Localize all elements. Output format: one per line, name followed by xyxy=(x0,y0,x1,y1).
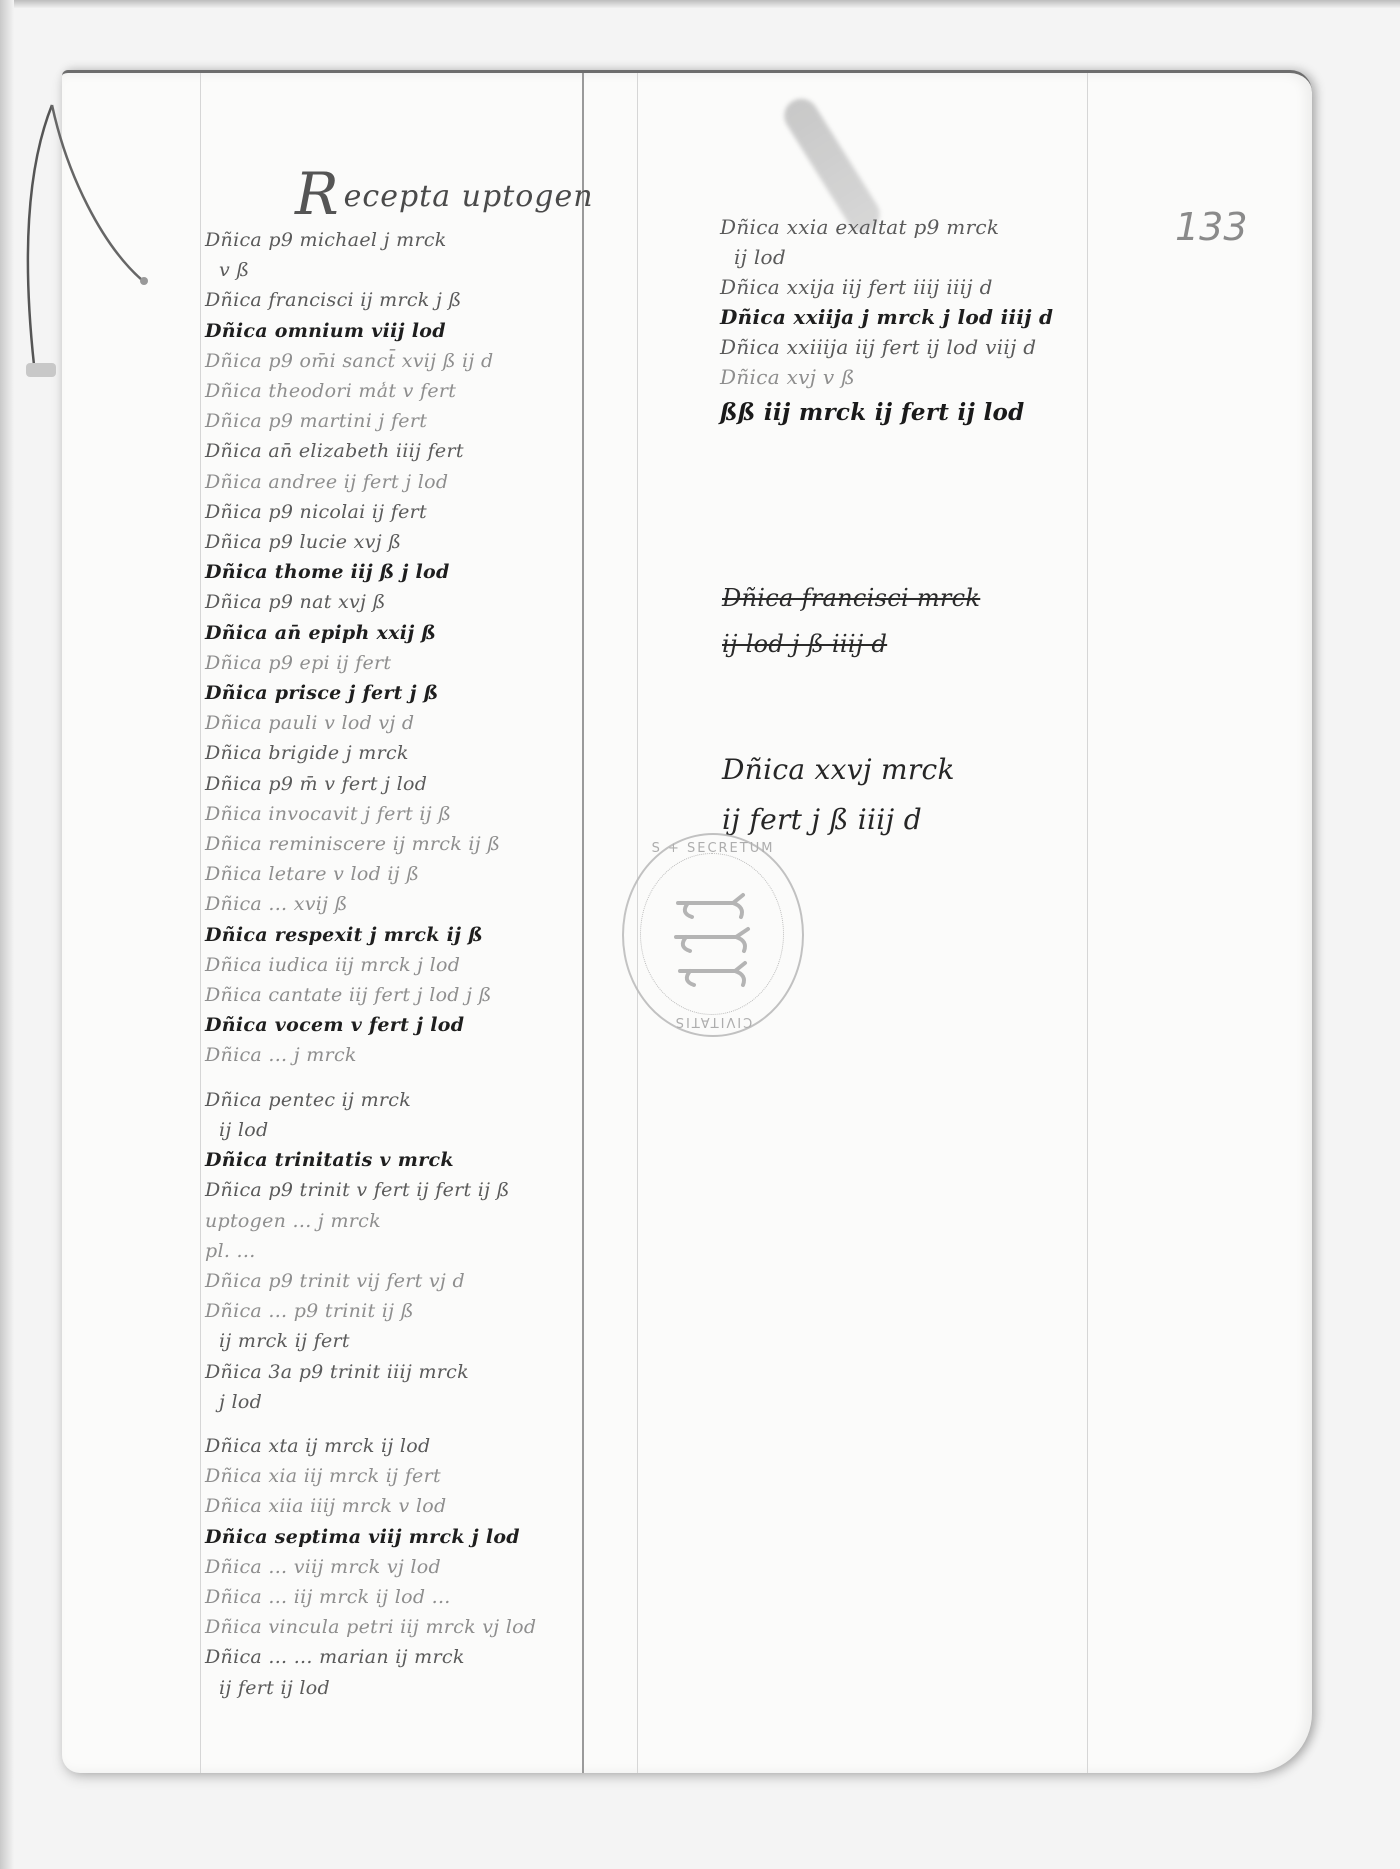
ledger-entry: Dñica xxia exaltat p9 mrck xyxy=(720,212,1190,242)
ledger-entry: Dñica trinitatis v mrck xyxy=(205,1145,675,1175)
ledger-entry: Dñica omnium viij lod xyxy=(205,316,675,346)
ledger-entry: Dñica p9 michael j mrck xyxy=(205,225,675,255)
ledger-entry: Dñica p9 epi ij fert xyxy=(205,648,675,678)
ledger-entry: Dñica p9 martini j fert xyxy=(205,406,675,436)
right-column-entries: Dñica xxia exaltat p9 mrckij lodDñica xx… xyxy=(720,212,1190,428)
ledger-entry: Dñica ... iij mrck ij lod ... xyxy=(205,1582,675,1612)
ledger-entry: Dñica iudica iij mrck j lod xyxy=(205,950,675,980)
ruling-line xyxy=(200,73,201,1773)
ledger-entry: Dñica ... viij mrck vj lod xyxy=(205,1552,675,1582)
left-column-entries: Dñica p9 michael j mrckv ßDñica francisc… xyxy=(205,225,675,1703)
ledger-entry: Dñica vocem v fert j lod xyxy=(205,1010,675,1040)
lions-icon xyxy=(658,875,768,995)
ledger-entry: Dñica invocavit j fert ij ß xyxy=(205,799,675,829)
struck-line: ij lod j ß iiij d xyxy=(722,621,980,667)
ledger-entry: Dñica xia iij mrck ij fert xyxy=(205,1461,675,1491)
ledger-entry: Dñica an̄ epiph xxij ß xyxy=(205,618,675,648)
title-text: ecepta uptogen xyxy=(344,179,594,214)
struck-through-entry: Dñica francisci mrck ij lod j ß iiij d xyxy=(722,575,980,667)
ledger-entry: Dñica p9 trinit v fert ij fert ij ß xyxy=(205,1175,675,1205)
ledger-entry: Dñica respexit j mrck ij ß xyxy=(205,920,675,950)
ledger-entry: Dñica p9 nat xvj ß xyxy=(205,587,675,617)
ledger-entry: v ß xyxy=(205,255,675,285)
column-total: ßß iij mrck ij fert ij lod xyxy=(720,398,1190,428)
ledger-entry: Dñica p9 om̄i sanct̄ xvij ß ij d xyxy=(205,346,675,376)
ledger-entry: Dñica xiia iiij mrck v lod xyxy=(205,1491,675,1521)
archive-seal-stamp: S + SECRETUM CIVITATIS xyxy=(622,833,804,1037)
final-entry: Dñica xxvj mrck ij fert j ß iiij d xyxy=(722,745,955,845)
ledger-entry: Dñica xxiiija iij fert ij lod viij d xyxy=(720,332,1190,362)
ledger-entry: Dñica thome iij ß j lod xyxy=(205,557,675,587)
ledger-entry: Dñica pentec ij mrck xyxy=(205,1085,675,1115)
ledger-entry: Dñica francisci ij mrck j ß xyxy=(205,285,675,315)
ledger-entry: Dñica ... p9 trinit ij ß xyxy=(205,1296,675,1326)
binding-string-icon xyxy=(12,95,162,395)
ledger-entry: Dñica xvj v ß xyxy=(720,362,1190,392)
ledger-entry: ij lod xyxy=(720,242,1190,272)
title-initial: R xyxy=(295,160,340,228)
ledger-entry: ij mrck ij fert xyxy=(205,1326,675,1356)
ledger-entry: Dñica andree ij fert j lod xyxy=(205,467,675,497)
ledger-entry: Dñica prisce j fert j ß xyxy=(205,678,675,708)
seal-legend-bottom: CIVITATIS xyxy=(624,1014,802,1029)
ledger-entry: uptogen ... j mrck xyxy=(205,1206,675,1236)
ledger-entry: Dñica brigide j mrck xyxy=(205,738,675,768)
ledger-entry: Dñica septima viij mrck j lod xyxy=(205,1522,675,1552)
ledger-entry: Dñica 3a p9 trinit iiij mrck xyxy=(205,1357,675,1387)
ledger-entry: Dñica theodori ma̾t v fert xyxy=(205,376,675,406)
ledger-entry: ij fert ij lod xyxy=(205,1673,675,1703)
ledger-entry: Dñica ... j mrck xyxy=(205,1040,675,1070)
ledger-entry: ij lod xyxy=(205,1115,675,1145)
scan-top-edge xyxy=(0,0,1400,8)
ledger-entry: Dñica vincula petri iij mrck vj lod xyxy=(205,1612,675,1642)
page-title: Recepta uptogen xyxy=(295,160,594,228)
ledger-entry: Dñica an̄ elizabeth iiij fert xyxy=(205,436,675,466)
ledger-entry: Dñica p9 m̄ v fert j lod xyxy=(205,769,675,799)
seal-legend-top: S + SECRETUM xyxy=(624,841,802,856)
ledger-entry: Dñica xta ij mrck ij lod xyxy=(205,1431,675,1461)
ledger-entry: Dñica p9 nicolai ij fert xyxy=(205,497,675,527)
ledger-entry: Dñica ... xvij ß xyxy=(205,889,675,919)
final-line: ij fert j ß iiij d xyxy=(722,795,955,845)
ledger-entry: Dñica xxija iij fert iiij iiij d xyxy=(720,272,1190,302)
ledger-entry: Dñica pauli v lod vj d xyxy=(205,708,675,738)
final-line: Dñica xxvj mrck xyxy=(722,745,955,795)
struck-line: Dñica francisci mrck xyxy=(722,575,980,621)
ledger-entry: Dñica cantate iij fert j lod j ß xyxy=(205,980,675,1010)
ledger-entry: j lod xyxy=(205,1387,675,1417)
ledger-entry: Dñica reminiscere ij mrck ij ß xyxy=(205,829,675,859)
ledger-entry: Dñica ... ... marian ij mrck xyxy=(205,1642,675,1672)
ledger-entry: Dñica p9 trinit vij fert vj d xyxy=(205,1266,675,1296)
ledger-entry: Dñica xxiija j mrck j lod iiij d xyxy=(720,302,1190,332)
ledger-entry: Dñica p9 lucie xvj ß xyxy=(205,527,675,557)
ledger-entry: Dñica letare v lod ij ß xyxy=(205,859,675,889)
ledger-entry: pl. ... xyxy=(205,1236,675,1266)
